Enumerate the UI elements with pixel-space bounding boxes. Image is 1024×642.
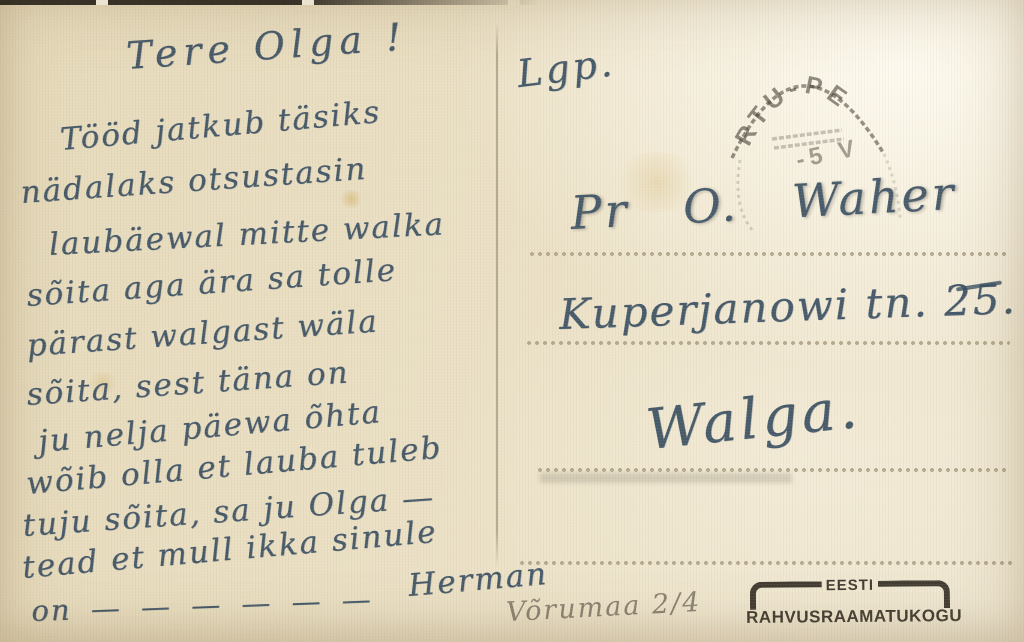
postmark-date: -5 V (794, 134, 862, 174)
address-city: Walga. (643, 376, 864, 463)
message-line: nädalaks otsustasin (19, 151, 368, 211)
ink-smudge (540, 473, 792, 483)
message-line: sõita aga ära sa tolle (25, 252, 398, 314)
address-dotted-line (538, 468, 1010, 472)
scan-top-edge (0, 0, 540, 5)
stamp-country-label: EESTI (746, 576, 954, 595)
address-dotted-line (527, 341, 1010, 345)
message-line: Tööd jatkub täsiks (59, 94, 383, 158)
address-street: Kuperjanowi tn. 25. (558, 274, 1017, 339)
center-divider-line (496, 22, 498, 568)
message-line: on — — — — — — (31, 582, 373, 628)
postmark-band-line (772, 130, 842, 139)
address-salutation: Lgp. (515, 40, 618, 96)
stamp-library-name: RAHVUSRAAMATUKOGU (746, 606, 954, 628)
postcard-back: Tere Olga ! Tööd jatkub täsiks nädalaks … (0, 0, 1024, 642)
address-dotted-line (520, 561, 1014, 565)
message-line: pärast walgast wäla (25, 303, 379, 364)
message-greeting: Tere Olga ! (125, 14, 409, 78)
library-stamp: EESTI RAHVUSRAAMATUKOGU (746, 576, 954, 632)
address-dotted-line (530, 252, 1008, 256)
paper-stain (338, 190, 364, 208)
